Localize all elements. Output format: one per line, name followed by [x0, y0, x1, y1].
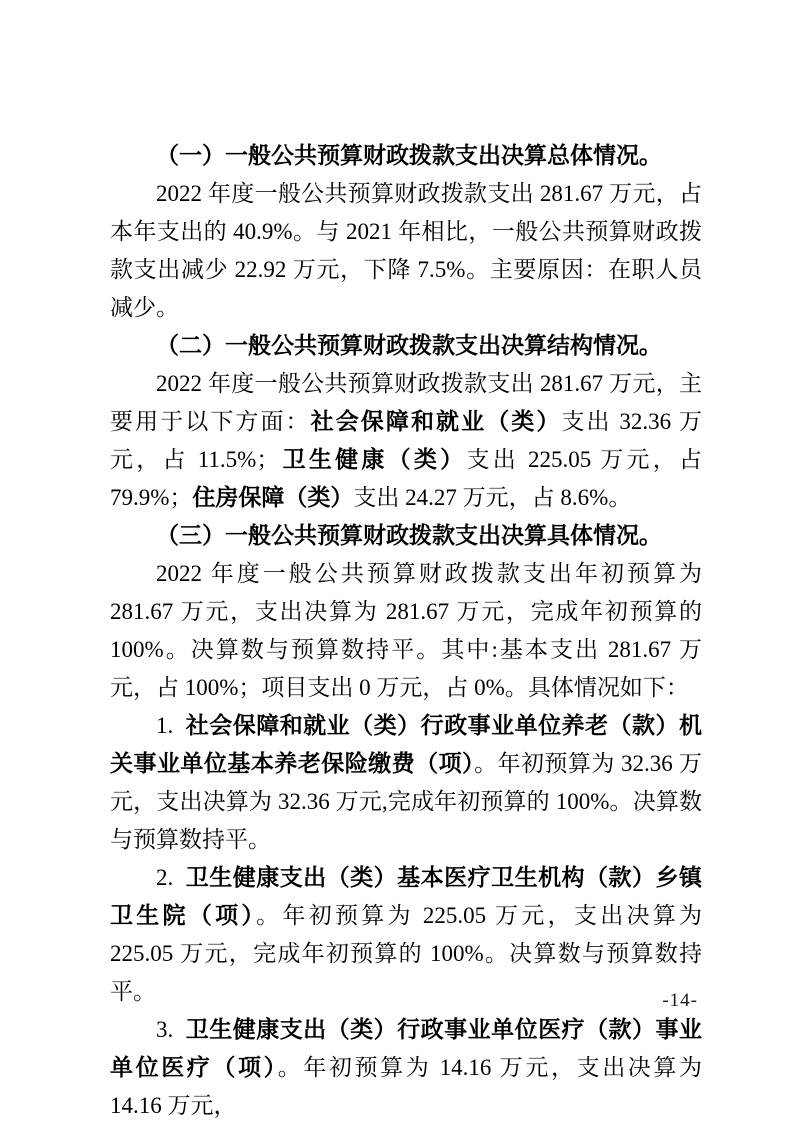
paragraph-detail-intro: 2022 年度一般公共预算财政拨款支出年初预算为 281.67 万元，支出决算为… [110, 555, 702, 707]
section-heading-2: （二）一般公共预算财政拨款支出决算结构情况。 [110, 327, 702, 365]
list-item-1: 1. 社会保障和就业（类）行政事业单位养老（款）机关事业单位基本养老保险缴费（项… [110, 707, 702, 859]
category-social-security-label: 社会保障和就业（类） [311, 409, 562, 434]
paragraph-structure: 2022 年度一般公共预算财政拨款支出 281.67 万元，主要用于以下方面：社… [110, 365, 702, 517]
section-heading-1: （一）一般公共预算财政拨款支出决算总体情况。 [110, 137, 702, 175]
document-body: （一）一般公共预算财政拨款支出决算总体情况。 2022 年度一般公共预算财政拨款… [110, 137, 702, 1122]
paragraph-overall-text: 2022 年度一般公共预算财政拨款支出 281.67 万元，占本年支出的 40.… [110, 181, 702, 320]
category-health-label: 卫生健康（类） [279, 447, 466, 472]
section-heading-2-text: （二）一般公共预算财政拨款支出决算结构情况。 [156, 333, 662, 358]
category-housing-label: 住房保障（类） [192, 485, 353, 510]
section-heading-1-text: （一）一般公共预算财政拨款支出决算总体情况。 [156, 143, 662, 168]
list-item-2: 2. 卫生健康支出（类）基本医疗卫生机构（款）乡镇卫生院（项）。年初预算为 22… [110, 859, 702, 1011]
list-item-3: 3. 卫生健康支出（类）行政事业单位医疗（款）事业单位医疗（项）。年初预算为 1… [110, 1011, 702, 1122]
section-heading-3: （三）一般公共预算财政拨款支出决算具体情况。 [110, 517, 702, 555]
item-2-number: 2. [156, 865, 186, 890]
paragraph-overall: 2022 年度一般公共预算财政拨款支出 281.67 万元，占本年支出的 40.… [110, 175, 702, 327]
document-page: （一）一般公共预算财政拨款支出决算总体情况。 2022 年度一般公共预算财政拨款… [0, 0, 793, 1122]
item-1-number: 1. [156, 713, 186, 738]
section-heading-3-text: （三）一般公共预算财政拨款支出决算具体情况。 [156, 523, 662, 548]
paragraph-detail-intro-text: 2022 年度一般公共预算财政拨款支出年初预算为 281.67 万元，支出决算为… [110, 561, 708, 700]
housing-amount-text: 支出 24.27 万元，占 8.6%。 [353, 485, 631, 510]
page-number: -14- [662, 990, 698, 1012]
item-3-number: 3. [156, 1017, 186, 1042]
